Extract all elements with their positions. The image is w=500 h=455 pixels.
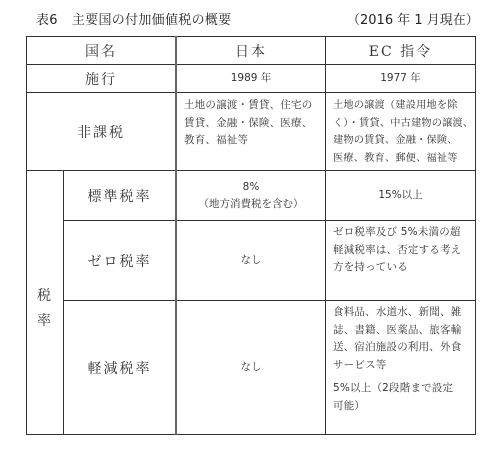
table-border-bottom xyxy=(26,434,476,435)
header-country: 国名 xyxy=(27,37,175,64)
ec-zero-rate: ゼロ税率及び 5%未満の超 軽減税率は、否定する考え 方を持っている xyxy=(333,224,475,277)
table-title: 表6主要国の付加価値税の概要 xyxy=(36,9,231,28)
text-line: 土地の譲渡（建設用地を除 xyxy=(333,97,475,115)
row-label-non-taxable: 非課税 xyxy=(27,93,175,170)
row-label-standard-rate: 標準税率 xyxy=(64,171,175,220)
japan-reduced-rate: なし xyxy=(177,301,325,434)
japan-non-taxable: 土地の譲渡・賃貸、住宅の 賃貸、金融・保険、医療、 教育、福祉等 xyxy=(184,97,324,150)
text-line: ゼロ税率及び 5%未満の超 xyxy=(333,224,475,242)
text-line: サービス等 xyxy=(333,357,475,375)
col-divider xyxy=(325,36,326,435)
text-line: 5%以上（2段階まで設定 xyxy=(333,380,475,398)
row-label-zero-rate: ゼロ税率 xyxy=(64,221,175,300)
text-line: 建物の賃貸、金融・保険、 xyxy=(333,132,475,150)
japan-standard-rate: 8% （地方消費税を含む） xyxy=(177,171,325,220)
text-line: 方を持っている xyxy=(333,259,475,277)
ec-non-taxable: 土地の譲渡（建設用地を除 く）・賃貸、中古建物の譲渡、 建物の賃貸、金融・保険、… xyxy=(333,97,475,167)
text-line: く）・賃貸、中古建物の譲渡、 xyxy=(333,115,475,133)
text-line: 医療、教育、郵便、福祉等 xyxy=(333,150,475,168)
text-line: 送、宿泊施設の利用、外食 xyxy=(333,339,475,357)
text-line: 賃貸、金融・保険、医療、 xyxy=(184,115,324,133)
row-label-enforcement: 施行 xyxy=(27,65,175,92)
text-line: 軽減税率は、否定する考え xyxy=(333,242,475,260)
header-japan: 日本 xyxy=(177,37,325,64)
text-line: 土地の譲渡・賃貸、住宅の xyxy=(184,97,324,115)
japan-enforcement: 1989 年 xyxy=(177,65,325,92)
text-line: 教育、福祉等 xyxy=(184,132,324,150)
ec-standard-rate: 15%以上 xyxy=(326,171,475,220)
japan-zero-rate: なし xyxy=(177,221,325,300)
as-of-date: （2016 年 1 月現在） xyxy=(347,9,479,28)
ec-reduced-rate: 食料品、水道水、新聞、雑 誌、書籍、医薬品、旅客輸 送、宿泊施設の利用、外食 サ… xyxy=(333,304,475,415)
table-number: 表6 xyxy=(36,13,58,28)
tax-rate-group-label-2: 率 xyxy=(37,310,51,330)
text-line: 誌、書籍、医薬品、旅客輸 xyxy=(333,322,475,340)
text-line: 8% xyxy=(243,179,260,196)
tax-rate-group-label-1: 税 xyxy=(37,285,51,305)
text-line: （地方消費税を含む） xyxy=(199,196,304,213)
text-line: 食料品、水道水、新聞、雑 xyxy=(333,304,475,322)
ec-enforcement: 1977 年 xyxy=(326,65,475,92)
table-title-text: 主要国の付加価値税の概要 xyxy=(72,13,232,28)
row-label-reduced-rate: 軽減税率 xyxy=(64,301,175,434)
header-ec: EC 指令 xyxy=(326,37,475,64)
table-border-right xyxy=(475,36,476,435)
text-line: 可能） xyxy=(333,398,475,416)
